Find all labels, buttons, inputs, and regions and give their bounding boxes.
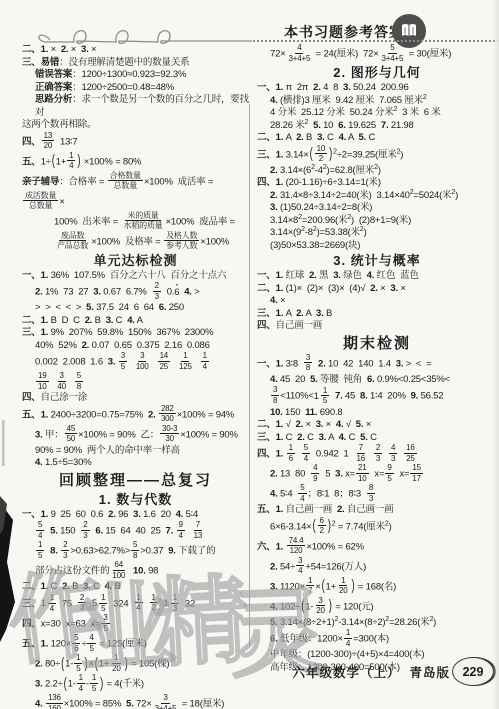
fraction: 23 <box>61 540 69 560</box>
fraction: 12 <box>150 593 158 613</box>
footer-book-title: 六年级数学（上） <box>293 666 401 680</box>
answer-line: 二、1. × 2. × 3. × <box>22 44 249 57</box>
answer-line: 5. 3.14×(8÷2+1)2-3.14×(8÷2)2=28.26(米2) <box>257 617 497 630</box>
fraction: 16 <box>287 443 295 463</box>
answer-line: 思路分析：求一个数是另一个数的百分之几时，要找对 <box>22 94 249 119</box>
answer-line: 亲子辅导：合格率 = 合格数量总数量×100% 成活率 = 成活数量总数量× <box>22 172 249 212</box>
page-number-badge: 229 <box>452 657 494 686</box>
fraction: 58 <box>131 540 139 560</box>
fraction: 15 <box>36 540 44 560</box>
fraction: 30-330 <box>160 424 179 444</box>
fraction: 1910 <box>36 371 49 391</box>
fraction: 136160 <box>46 693 63 709</box>
fraction: 14 <box>67 151 75 171</box>
fraction: 13 <box>171 593 179 613</box>
section-heading: 单元达标检测 <box>22 252 249 270</box>
mixed-number: 113 <box>164 594 180 614</box>
fraction: 23 <box>78 593 86 613</box>
fraction: 35 <box>101 613 109 633</box>
answer-line: 四、x=30 x=63 x=35 <box>22 614 249 634</box>
fraction: 15 <box>99 593 107 613</box>
left-column: 二、1. × 2. × 3. ×三、易错：没有理解清楚题中的数量关系错误答案：1… <box>22 44 249 709</box>
answer-line: 一、1. 3∶8 38 2. 10 42 140 1.4 3. > < = <box>257 354 497 374</box>
fraction: 14 <box>48 593 56 613</box>
fraction: 38 <box>271 385 279 405</box>
fraction: 17 <box>306 576 314 596</box>
answer-line: 二、1. √ 2. × 3. × 4. √ 5. × <box>257 419 497 432</box>
answer-line: 2. 3.14×(62-42)=62.8(厘米2) <box>257 165 497 178</box>
answer-line: 100% 出米率 = 米的质量水稻的质量×100% 废品率 = <box>22 212 249 232</box>
answer-line: 三、易错：没有理解清楚题中的数量关系 <box>22 57 249 70</box>
fraction: 3100 <box>134 351 151 371</box>
fraction: 1625 <box>404 443 417 463</box>
answer-line: 38<110%<115 7. 45 8. 1∶4 20% 9. 56.52 <box>257 386 497 407</box>
answer-line: 三、1. 9% 207% 59.8% 150% 367% 2300% <box>22 327 249 340</box>
answer-line: 2. 13 80 49 5 3. x=2110 x=95 x=1517 <box>257 464 497 484</box>
fraction: 716 <box>354 443 367 463</box>
fraction: 54 <box>298 483 306 503</box>
fraction: 米的质量水稻的质量 <box>122 211 165 231</box>
answer-line: 错误答案：1200÷1300≈0.923=92.3% <box>22 69 249 82</box>
section-heading: 2. 图形与几何 <box>257 64 497 82</box>
answer-line: 五、1. 自己画一画 2. 自己画一画 <box>257 504 497 517</box>
ink-smudge <box>0 410 22 680</box>
answer-line: 4. 136160×100% = 85% 5. 72×33+4+5 = 18(厘… <box>22 694 249 709</box>
answer-page: 本书习题参考答案 二、1. × 2. × 3. ×三、易错：没有理解清楚题中的数… <box>0 0 499 709</box>
answer-line: 6×6-3.14×(62)2 = 7.74(厘米2) <box>257 517 497 537</box>
fraction: 1125 <box>177 351 194 371</box>
right-column: 72×43+4+5 = 24(厘米) 72×53+4+5 = 30(厘米)2. … <box>257 44 497 674</box>
answer-line: 四、1. 16 54 0.942 1 716 23 43 1625 <box>257 444 497 464</box>
answer-line: 四、1. (20-1.16)÷6÷3.14=1(米) <box>257 177 497 190</box>
fraction: 53+4+5 <box>380 43 406 63</box>
answer-line: 二、1. A 2. B 3. C 4. A 5. C <box>257 132 497 145</box>
fraction: 62 <box>318 516 326 536</box>
answer-line: 4. (横排)3 厘米 9.42 厘米 7.065 厘米2 <box>257 95 497 108</box>
answer-line: 28.26 米2 5. 10 6. 19.625 7. 21.98 <box>257 120 497 133</box>
fraction: 74.4120 <box>287 536 306 556</box>
answer-line: 4. 5∶4 54；8∶1 8；8∶3 83 <box>257 484 497 504</box>
fraction: 64100 <box>110 560 127 580</box>
fraction: 15 <box>321 386 329 406</box>
answer-line: 四、自己涂一涂 <box>22 392 249 405</box>
footer-edition: 青岛版 <box>409 666 450 680</box>
page-number: 229 <box>463 665 484 679</box>
answer-line: 15 8. 23>0.63>62.7%>58>0.37 9. 下载了的 <box>22 541 249 561</box>
answer-line: 10. 150 11. 690.8 <box>257 407 497 420</box>
fraction: 及格人数参考人数 <box>164 231 199 251</box>
answer-line: 一、1. π 2π 2. 4 8 3. 50.24 200.96 <box>257 82 497 95</box>
answer-line: 0.002 2.008 1.6 3. 35 3100 1425 1125 14 <box>22 352 249 372</box>
fraction: 35 <box>119 351 127 371</box>
answer-line: 废品数产品总数×100% 及格率 = 及格人数参考人数×100% <box>22 232 249 252</box>
fraction: 58 <box>75 371 83 391</box>
fraction: 23 <box>153 281 161 301</box>
page-footer: 六年级数学（上） 青岛版 <box>0 663 450 681</box>
section-heading: 回顾整理——总复习 <box>22 470 249 491</box>
section-heading: 1. 数与代数 <box>22 491 249 509</box>
fraction: 94 <box>177 520 185 540</box>
answer-line: 3. (1)50.24÷3.14÷2=8(米) <box>257 202 497 215</box>
fraction: 713 <box>192 520 205 540</box>
fraction: 合格数量总数量 <box>108 171 143 191</box>
fraction: 83 <box>367 483 375 503</box>
fraction: 56 <box>72 633 80 653</box>
answer-line: 五、1. 2400÷3200=0.75=75% 2. 282300×100% =… <box>22 405 249 425</box>
answer-line: 三、114 75 23 515 324 14 12 113 32 <box>22 594 249 615</box>
answer-line: 3.14×82=200.96(米2) (2)8+1=9(米) <box>257 215 497 228</box>
column-divider <box>249 104 250 646</box>
answer-line: 四、自己画一画 <box>257 320 497 333</box>
mixed-number: 115 <box>314 387 330 407</box>
answer-line: (3)50×53.38=2669(块) <box>257 240 497 253</box>
repeating-decimal-digit: 6 <box>174 287 179 298</box>
fraction: 34 <box>296 556 304 576</box>
answer-line: 一、1. 红球 2. 黑 3. 绿色 4. 红色 蓝色 <box>257 270 497 283</box>
fraction: 1517 <box>410 463 423 483</box>
fraction: 282300 <box>159 404 176 424</box>
fraction: 废品数产品总数 <box>55 231 90 251</box>
answer-line: 2. 31.4×8÷3.14÷2=40(米) 3.14×402=5024(米2) <box>257 190 497 203</box>
fraction: 45 <box>87 633 95 653</box>
fraction: 2110 <box>356 463 369 483</box>
section-heading: 期末检测 <box>257 333 497 354</box>
answer-line: 2. 54÷34+54=126(万人) <box>257 557 497 577</box>
mixed-number: 515 <box>92 594 108 614</box>
fraction: 54 <box>302 443 310 463</box>
fraction: 14 <box>201 351 209 371</box>
answer-line: 90% = 90% 两个人的命中率一样高 <box>22 445 249 458</box>
answer-line: 四、1320 13∶7 <box>22 132 249 152</box>
answer-line: 72×43+4+5 = 24(厘米) 72×53+4+5 = 30(厘米) <box>257 44 497 64</box>
fraction: 120 <box>337 576 350 596</box>
fraction: 54 <box>36 520 44 540</box>
answer-line: 六、1. 74.4120×100% = 62% <box>257 537 497 557</box>
answer-line: 4 分米 25.12 分米 50.24 分米2 3 米 6 米 <box>257 107 497 120</box>
answer-line: 3. 甲：4550×100% = 90% 乙：30-330×100% = 90% <box>22 425 249 445</box>
fraction: 38 <box>304 353 312 373</box>
fraction: 1320 <box>42 131 55 151</box>
answer-line: 五、1÷(1+14) ×100% = 80% <box>22 152 249 172</box>
fraction: 23 <box>374 443 382 463</box>
fraction: 14 <box>344 628 352 648</box>
answer-line: 4. 1.5÷5=30% <box>22 457 249 470</box>
answer-line: 4. × <box>257 295 497 308</box>
answer-line: 三、1. A 2. A 3. B <box>257 308 497 321</box>
fraction: 102 <box>315 144 328 164</box>
answer-line: 2. 1% 73 27 3. 0.67 6.7% 23 0.6 4. > <box>22 282 249 302</box>
answer-line: 6. 低年级：1200×14=300(本) <box>257 629 497 649</box>
fraction: 33+4+5 <box>153 693 179 709</box>
fraction: 49 <box>311 463 319 483</box>
answer-line: 3.14×(92-82)=53.38(米2) <box>257 227 497 240</box>
fraction: 14 <box>134 593 142 613</box>
answer-line: 54 5. 150 23 6. 15 64 40 25 7. 94 713 <box>22 521 249 541</box>
answer-line: 3. 1120×17×(1+120) = 168(名) <box>257 577 497 597</box>
fraction: 95 <box>385 463 393 483</box>
answer-line: 4. 102÷(1-320) = 120(元) <box>257 597 497 617</box>
mixed-number: 114 <box>41 594 57 614</box>
fraction: 340 <box>55 371 68 391</box>
page-title: 本书习题参考答案 <box>284 22 404 42</box>
answer-line: 这两个数再相除。 <box>22 119 249 132</box>
answer-line: 部分占这份文件的64100 10. 98 <box>22 561 249 581</box>
answer-line: 二、1. (1)× (2)× (3)× (4)√ 2. × 3. × <box>257 283 497 296</box>
fraction: 43+4+5 <box>287 43 313 63</box>
fraction: 43 <box>389 443 397 463</box>
fraction: 4550 <box>65 424 78 444</box>
answer-line: 1910 340 58 <box>22 372 249 392</box>
answer-line: 一、1. 9 25 60 0.6 2. 96 3. 1.6 20 4. 5∶4 <box>22 509 249 522</box>
fraction: 320 <box>314 596 327 616</box>
answer-line: > > < < > 5. 37.5 24 6 64 6. 250 <box>22 302 249 315</box>
answer-line: 一、1. 36% 107.5% 百分之六十八 百分之十点六 <box>22 270 249 283</box>
header-underline <box>253 40 499 42</box>
answer-line: 正确答案：1200÷2500=0.48=48% <box>22 82 249 95</box>
section-heading: 3. 统计与概率 <box>257 252 497 270</box>
fraction: 23 <box>81 520 89 540</box>
answer-line: 二、1. B D C 2. B 3. C 4. A <box>22 315 249 328</box>
fraction: 1425 <box>158 351 171 371</box>
answer-line: 4. 45 20 5. 等腰 钝角 6. 0.9%<0.25<35%< <box>257 374 497 387</box>
answer-line: 五、1. 120×56÷45 = 125(厘米) <box>22 634 249 654</box>
answer-line: 三、1. 3.14×(102)2÷2=39.25(厘米2) <box>257 145 497 165</box>
fraction: 成活数量总数量 <box>23 191 58 211</box>
